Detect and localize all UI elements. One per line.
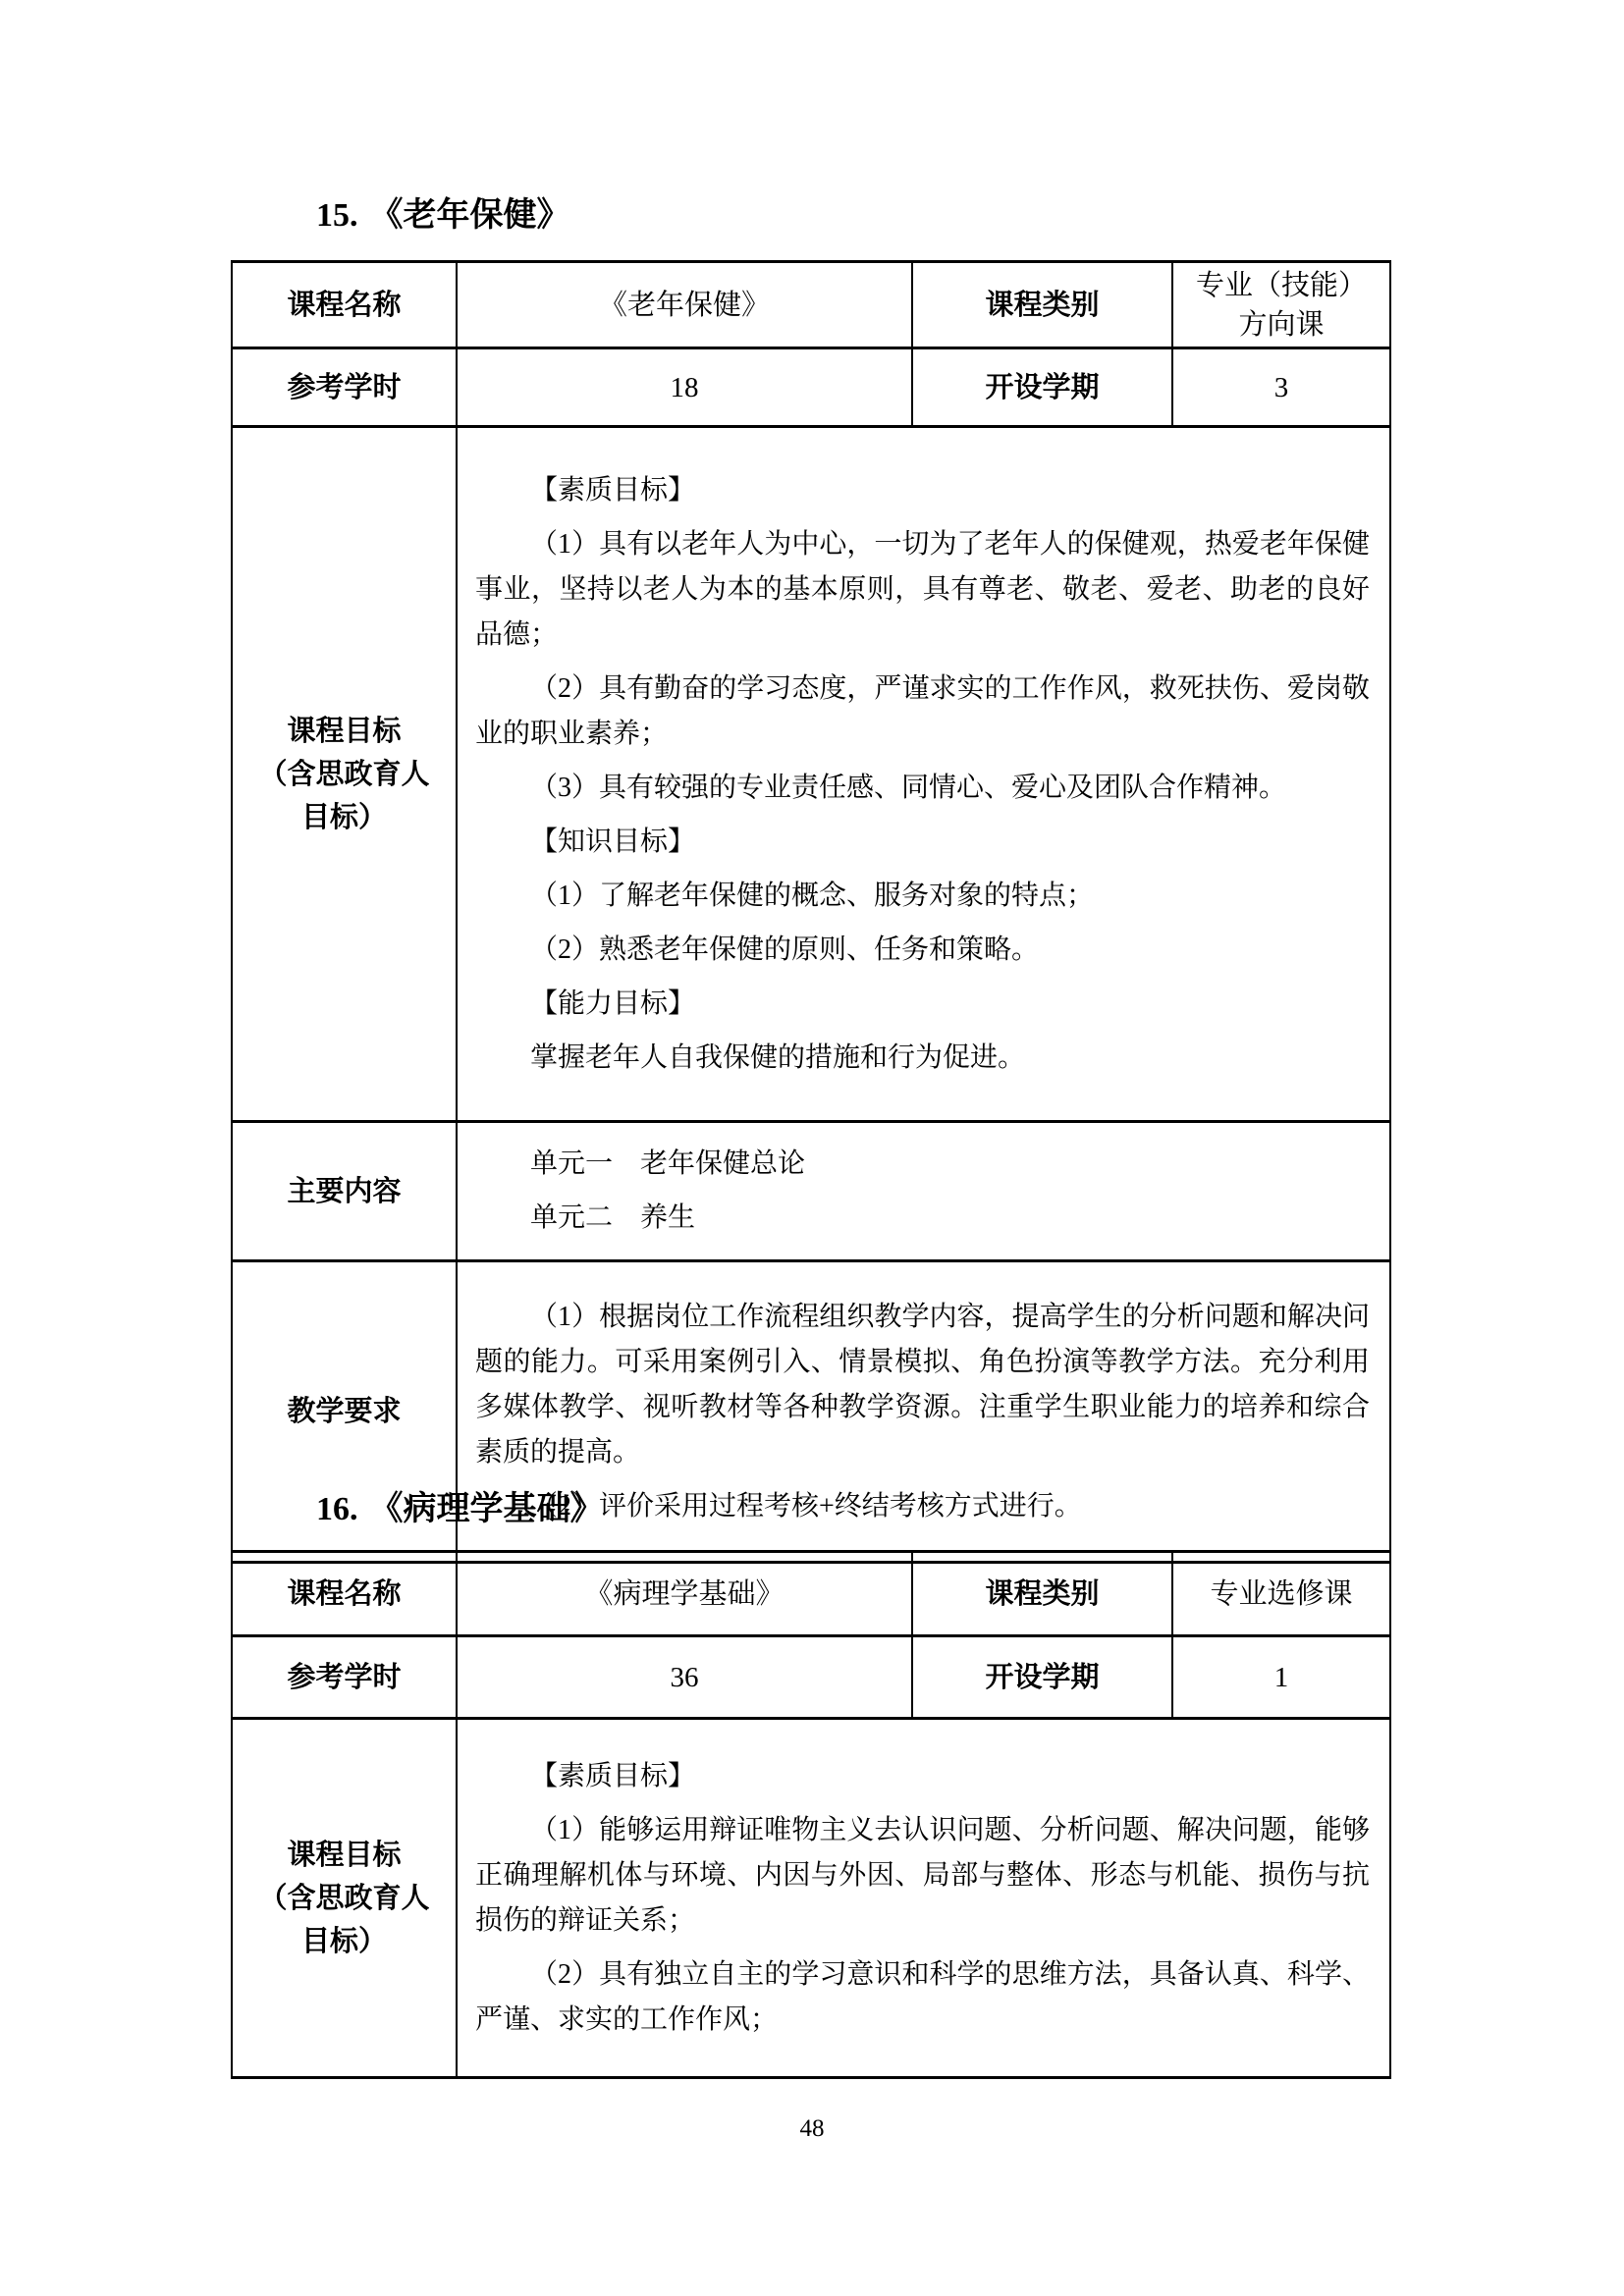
course-type-label: 课程类别 [912, 262, 1172, 348]
course-type-value: 专业选修课 [1172, 1552, 1390, 1636]
course-table-binglixuejichu: 课程名称 《病理学基础》 课程类别 专业选修课 参考学时 36 开设学期 1 课… [231, 1550, 1391, 2079]
objectives-content: 【素质目标】 （1）具有以老年人为中心，一切为了老年人的保健观，热爱老年保健事业… [457, 427, 1390, 1122]
course-type-line-1: 专业（技能） [1173, 266, 1389, 305]
section-15-title: 《老年保健》 [370, 197, 570, 234]
objectives-paragraph: （2）具有独立自主的学习意识和科学的思维方法，具备认真、科学、严谨、求实的工作作… [475, 1952, 1370, 2043]
semester-label: 开设学期 [912, 348, 1172, 427]
main-content-item: 单元一 老年保健总论 [475, 1142, 1370, 1187]
page-number: 48 [0, 2114, 1624, 2144]
course-type-line-2: 方向课 [1173, 305, 1389, 345]
main-content-label: 主要内容 [232, 1122, 457, 1261]
objectives-paragraph: 【素质目标】 [475, 1754, 1370, 1799]
course-type-label: 课程类别 [912, 1552, 1172, 1636]
objectives-paragraph: （2）具有勤奋的学习态度，严谨求实的工作作风，救死扶伤、爱岗敬业的职业素养； [475, 667, 1370, 757]
semester-value: 1 [1172, 1636, 1390, 1719]
hours-value: 18 [457, 348, 912, 427]
objectives-paragraph: （1）能够运用辩证唯物主义去认识问题、分析问题、解决问题，能够正确理解机体与环境… [475, 1808, 1370, 1944]
section-16-title: 《病理学基础》 [370, 1491, 604, 1527]
objectives-label-line-2: （含思政育人 [233, 753, 456, 796]
hours-label: 参考学时 [232, 348, 457, 427]
objectives-paragraph: （3）具有较强的专业责任感、同情心、爱心及团队合作精神。 [475, 766, 1370, 811]
table-row: 参考学时 18 开设学期 3 [232, 348, 1390, 427]
table-row: 参考学时 36 开设学期 1 [232, 1636, 1390, 1719]
objectives-label: 课程目标 （含思政育人 目标） [232, 1719, 457, 2078]
section-heading-16: 16.《病理学基础》 [316, 1490, 604, 1529]
objectives-content: 【素质目标】 （1）能够运用辩证唯物主义去认识问题、分析问题、解决问题，能够正确… [457, 1719, 1390, 2078]
document-page: 15.《老年保健》 课程名称 《老年保健》 课程类别 专业（技能） 方向课 参考… [0, 0, 1624, 2296]
course-name-value: 《病理学基础》 [457, 1552, 912, 1636]
objectives-label-line-3: 目标） [233, 1920, 456, 1963]
course-table-laonianbaojian: 课程名称 《老年保健》 课程类别 专业（技能） 方向课 参考学时 18 开设学期… [231, 260, 1391, 1564]
semester-value: 3 [1172, 348, 1390, 427]
section-heading-15: 15.《老年保健》 [316, 196, 570, 236]
objectives-paragraph: （1）了解老年保健的概念、服务对象的特点； [475, 874, 1370, 919]
hours-value: 36 [457, 1636, 912, 1719]
objectives-paragraph: （1）具有以老年人为中心，一切为了老年人的保健观，热爱老年保健事业，坚持以老人为… [475, 522, 1370, 658]
section-15-number: 15. [316, 197, 358, 234]
table-row: 课程目标 （含思政育人 目标） 【素质目标】 （1）具有以老年人为中心，一切为了… [232, 427, 1390, 1122]
semester-label: 开设学期 [912, 1636, 1172, 1719]
objectives-paragraph: 【能力目标】 [475, 982, 1370, 1027]
section-16-number: 16. [316, 1491, 358, 1527]
objectives-label: 课程目标 （含思政育人 目标） [232, 427, 457, 1122]
table-row: 课程名称 《老年保健》 课程类别 专业（技能） 方向课 [232, 262, 1390, 348]
main-content-item: 单元二 养生 [475, 1196, 1370, 1241]
objectives-paragraph: 掌握老年人自我保健的措施和行为促进。 [475, 1036, 1370, 1081]
teaching-requirements-paragraph: （2）评价采用过程考核+终结考核方式进行。 [475, 1484, 1370, 1529]
main-content-cell: 单元一 老年保健总论 单元二 养生 [457, 1122, 1390, 1261]
table-row: 主要内容 单元一 老年保健总论 单元二 养生 [232, 1122, 1390, 1261]
table-row: 课程名称 《病理学基础》 课程类别 专业选修课 [232, 1552, 1390, 1636]
objectives-paragraph: 【知识目标】 [475, 820, 1370, 865]
objectives-paragraph: （2）熟悉老年保健的原则、任务和策略。 [475, 928, 1370, 973]
course-name-label: 课程名称 [232, 262, 457, 348]
objectives-label-line-1: 课程目标 [233, 1834, 456, 1877]
hours-label: 参考学时 [232, 1636, 457, 1719]
course-type-value: 专业（技能） 方向课 [1172, 262, 1390, 348]
teaching-requirements-paragraph: （1）根据岗位工作流程组织教学内容，提高学生的分析问题和解决问题的能力。可采用案… [475, 1295, 1370, 1475]
objectives-label-line-2: （含思政育人 [233, 1877, 456, 1920]
course-name-value: 《老年保健》 [457, 262, 912, 348]
objectives-paragraph: 【素质目标】 [475, 468, 1370, 513]
objectives-label-line-3: 目标） [233, 796, 456, 839]
table-row: 课程目标 （含思政育人 目标） 【素质目标】 （1）能够运用辩证唯物主义去认识问… [232, 1719, 1390, 2078]
objectives-label-line-1: 课程目标 [233, 710, 456, 753]
course-name-label: 课程名称 [232, 1552, 457, 1636]
